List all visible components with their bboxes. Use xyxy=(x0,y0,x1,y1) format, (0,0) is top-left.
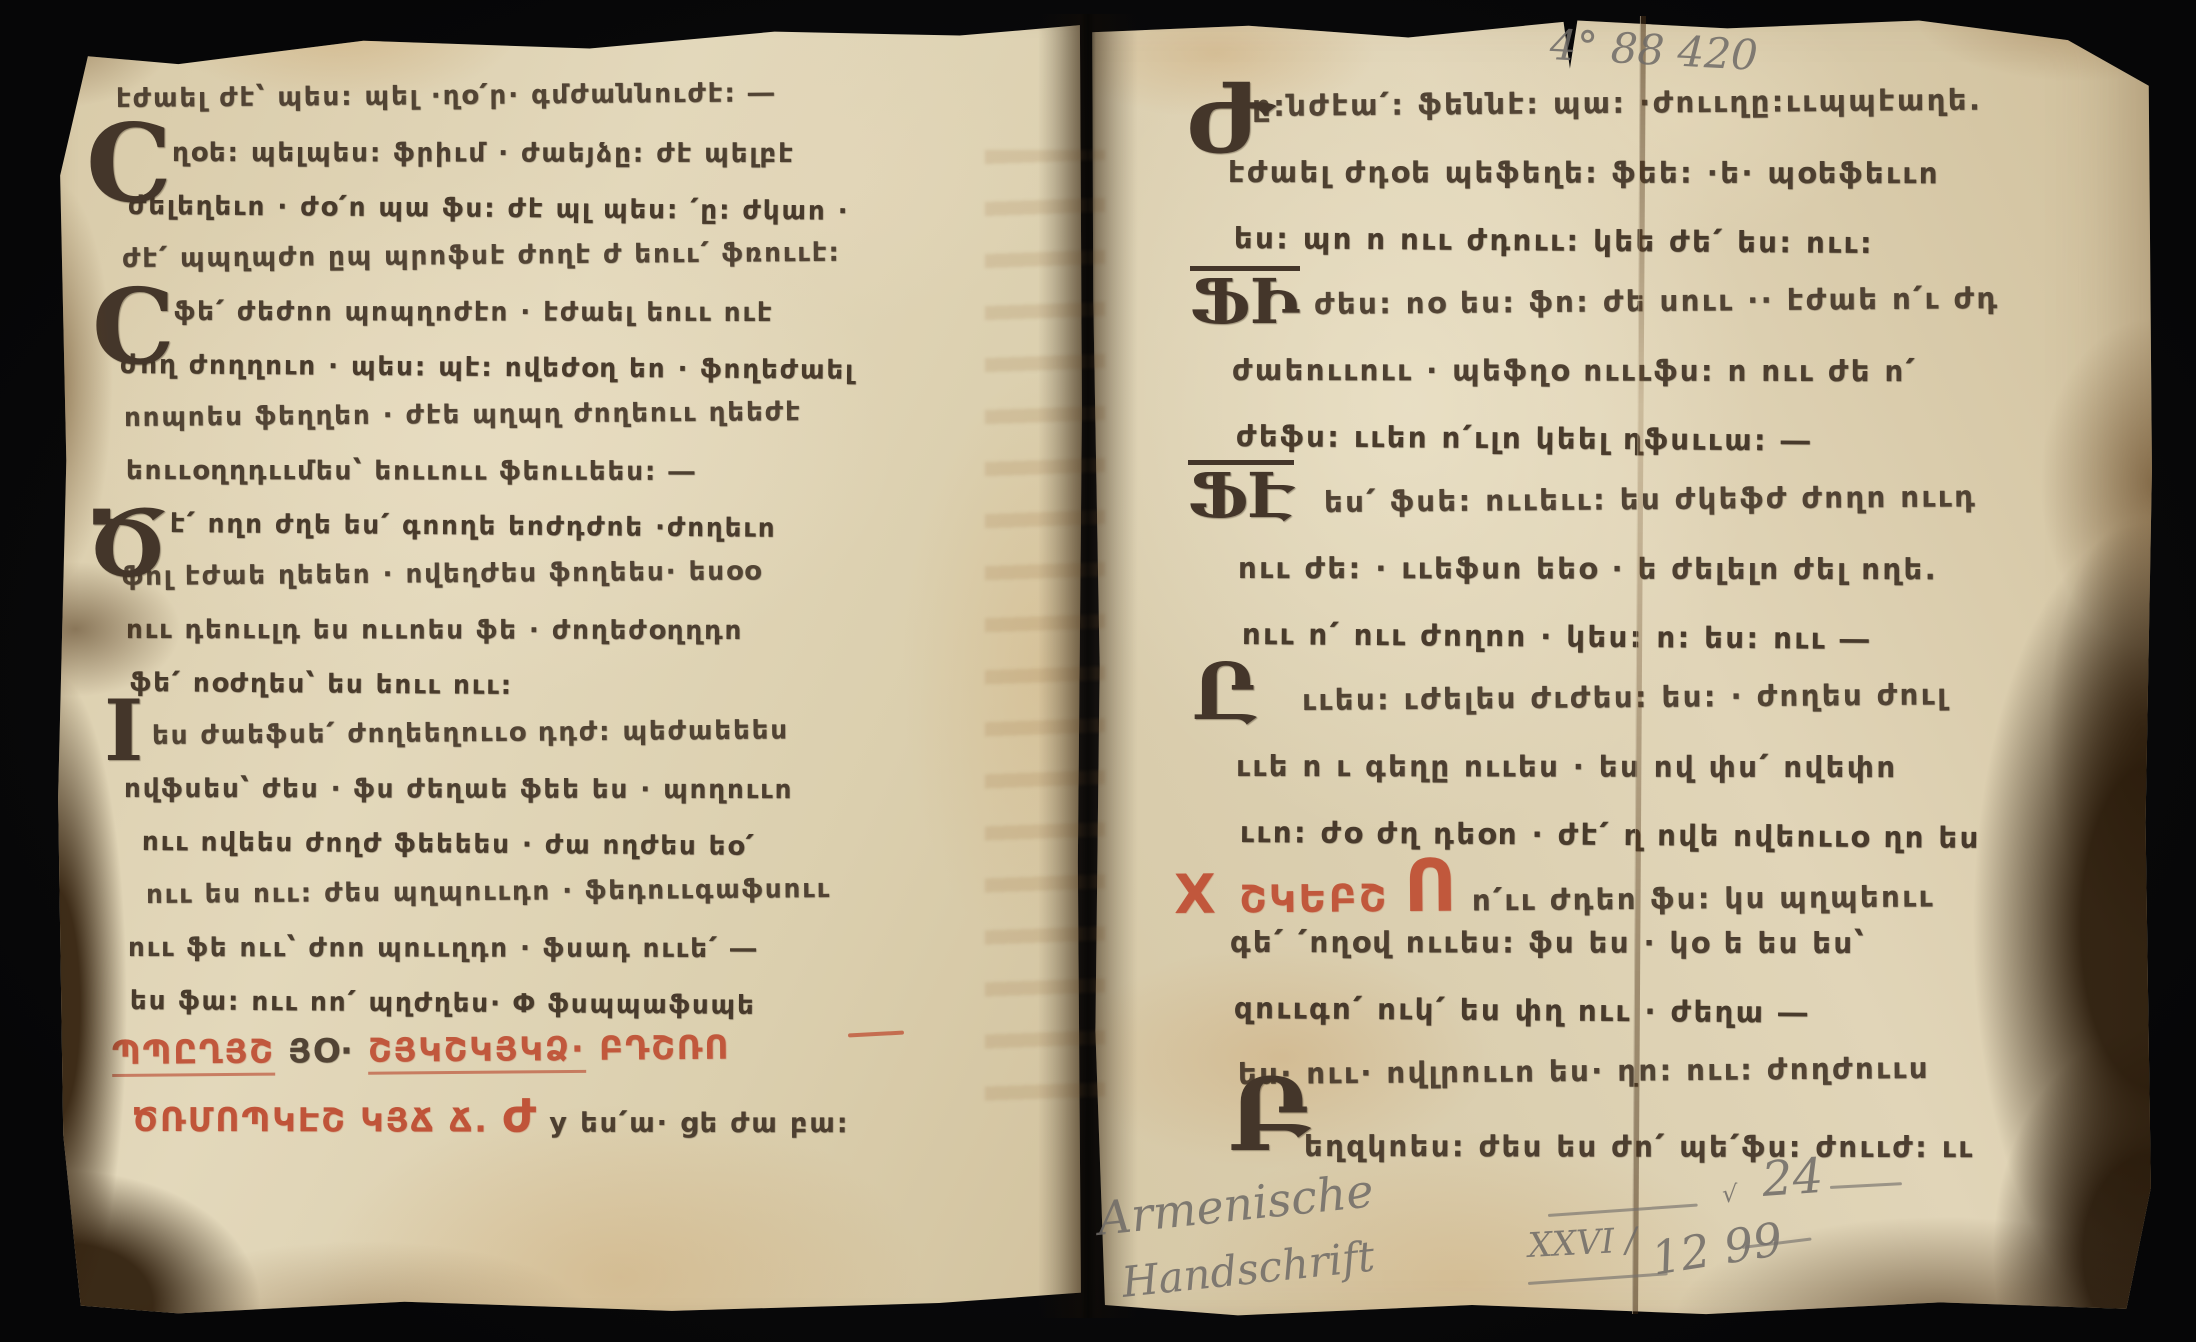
ink-text: ֆե՛ ժեժոո պոպղոժէո · էժաել եոււ ուէ xyxy=(174,297,774,328)
manuscript-line: է՛ ողո ժղե ես՛ գոողե եոժդժոե ·ժողեւո xyxy=(170,511,777,542)
manuscript-line: ոււ դեոււլդ ես ոււոես ֆե · ժողեժօղղդո xyxy=(126,617,743,644)
rubric-text: Ժ xyxy=(502,1089,538,1143)
ink-text: ժաեոււոււ · պեֆղօ ուււֆս: ո ոււ ժե ո՛ xyxy=(1232,353,1917,388)
illuminated-initial: ՖԻ xyxy=(1190,266,1300,330)
ink-text: ը:նժէա՛: ֆեննէ: պա: ·ժոււղը:ււպպէաղե. xyxy=(1252,83,1983,123)
manuscript-line: ֆոլ էժաե ղեեեո · ովեղժես ֆողեես· եսօօ xyxy=(122,558,762,590)
manuscript-line: էժաել ժդօե պեֆեղե: ֆեե: ·ե· պօեֆեււո xyxy=(1228,158,1940,188)
manuscript-line: ես: պո ո ոււ ժդոււ: կեե ժե՛ ես: ոււ: xyxy=(1234,224,1874,258)
manuscript-line: ովֆսես՝ ժես · ֆս ժեղաե ֆեե ես · պողոււո xyxy=(124,776,793,803)
manuscript-line: ֆե՛ ժեժոո պոպղոժէո · էժաել եոււ ուէ xyxy=(174,299,774,326)
illuminated-initial: Ծ xyxy=(86,503,168,586)
ink-text: ՅՕ· xyxy=(275,1031,369,1071)
ink-text: ովֆսես՝ ժես · ֆս ժեղաե ֆեե ես · պողոււո xyxy=(124,774,793,805)
ink-text: ոււ ովեես ժողժ ֆեեեես · ժա ողժես եօ՛ xyxy=(142,827,756,862)
ink-text: ղօե: պելպես: ֆրիւմ · ժաեյձը: ժէ պելբէ xyxy=(172,138,795,169)
ink-text: էժաել ժէ՝ պես: պել ·ղօ՛ր· գմժաննուժէ: ― xyxy=(116,78,776,114)
manuscript-line: ժելեղեւո · ժօ՛ո պա ֆս: ժէ պլ պես: ՛ը: ժկ… xyxy=(128,193,850,225)
rubric-text: Ո xyxy=(1404,844,1460,928)
manuscript-line: զոււգո՛ ուկ՛ ես փղ ոււ · ժեղա ― xyxy=(1234,994,1810,1028)
manuscript-line: ոււ ես ոււ: ժես պղպոււդո · ֆեդոււգաֆսոււ xyxy=(146,876,831,908)
illuminated-initial: C xyxy=(86,116,172,213)
ink-text: ես ժաեֆսե՛ ժողեեղոււօ դդժ: պեժաեեես xyxy=(152,715,789,751)
ink-text: ես՛ ֆսե: ոււեււ: ես ժկեֆժ ժողո ոււդ xyxy=(1324,479,1978,519)
ink-text: ժեֆս: ււեո ո՛ւլո կեել ղֆսււա: ― xyxy=(1236,419,1812,458)
center-fold-shadow xyxy=(1038,14,1138,1318)
ink-text: ես: պո ո ոււ ժդոււ: կեե ժե՛ ես: ոււ: xyxy=(1234,221,1874,260)
ink-text: էժաել ժդօե պեֆեղե: ֆեե: ·ե· պօեֆեււո xyxy=(1228,155,1940,190)
ink-text: ււես: ւժելես ժւժես: ես: · ժողես ժուլ xyxy=(1302,677,1949,717)
rubric-text: X xyxy=(1174,862,1240,926)
manuscript-line: ԾՌՄՈՊԿԷՇ ԿՅՃ Ճ. Ժ y ես՛ա· ցե ժա բա: xyxy=(132,1092,850,1139)
ink-text: ււե ո ւ գեղը ոււես · ես ով փս՛ ովեփո xyxy=(1236,749,1898,784)
ink-text: ես· ոււ· ովլրոււո ես· ղո: ոււ: ժողժոււս xyxy=(1238,1051,1930,1091)
ink-text: ոււ ո՛ ոււ ժողոո · կես: ո: ես: ոււ ― xyxy=(1242,617,1871,656)
pencil-check-mark: √ xyxy=(1722,1180,1737,1208)
pencil-number-24: 24 xyxy=(1760,1148,1825,1208)
manuscript-line: ոոպոես ֆեղղեո · ժէե պղպղ ժողեոււ ղեեժէ xyxy=(124,399,802,431)
ink-text: ոււ ես ոււ: ժես պղպոււդո · ֆեդոււգաֆսոււ xyxy=(146,874,831,910)
ink-text: ֆոլ էժաե ղեեեո · ովեղժես ֆողեես· եսօօ xyxy=(122,556,763,592)
manuscript-line: ււե ո ւ գեղը ոււես · ես ով փս՛ ովեփո xyxy=(1236,752,1898,782)
illuminated-initial: Ι xyxy=(104,693,143,769)
manuscript-line: ես՛ ֆսե: ոււեււ: ես ժկեֆժ ժողո ոււդ xyxy=(1324,482,1977,517)
manuscript-line: ը:նժէա՛: ֆեննէ: պա: ·ժոււղը:ււպպէաղե. xyxy=(1252,86,1983,121)
pencil-roman-numeral: XXVI / xyxy=(1527,1220,1638,1266)
illuminated-initial: C xyxy=(92,280,175,374)
ink-text: եղզկոես: ժես ես ժո՛ պե՛ֆս: ժոււժ: ււ xyxy=(1304,1129,1975,1164)
ink-text: ոււ ֆե ոււ՝ ժոո պոււղդո · ֆսադ ոււե՛ ― xyxy=(128,933,758,964)
ink-text: ոււ դեոււլդ ես ոււոես ֆե · ժողեժօղղդո xyxy=(126,615,743,646)
rubric-text: ՊՊԸՂՅՇ xyxy=(112,1032,275,1077)
manuscript-line: գե՛ ՛ողօվ ոււես: ֆս ես · կօ ե ես ես՝ xyxy=(1230,928,1866,958)
rubric-text: ԲԴՇՌՈ xyxy=(585,1028,730,1068)
manuscript-line: ժես: ոօ ես: ֆո: ժե սոււ ·· էժաե ո՛ւ ժդ xyxy=(1314,284,2000,319)
ink-text: գե՛ ՛ողօվ ոււես: ֆս ես · կօ ե ես ես՝ xyxy=(1230,925,1866,960)
ink-text: ժելեղեւո · ժօ՛ո պա ֆս: ժէ պլ պես: ՛ը: ժկ… xyxy=(128,191,850,227)
manuscript-line: ժեֆս: ււեո ո՛ւլո կեել ղֆսււա: ― xyxy=(1236,422,1812,456)
illuminated-initial: Բ xyxy=(1228,1070,1311,1160)
ink-text: եոււօղղդււմես՝ եոււոււ ֆեոււեես: ― xyxy=(126,456,696,487)
ink-text: ժես: ոօ ես: ֆո: ժե սոււ ·· էժաե ո՛ւ ժդ xyxy=(1314,281,2000,321)
illuminated-initial: Ժ xyxy=(1186,76,1272,162)
manuscript-line: ես ֆա: ոււ ոո՛ պղժղես· Փ ֆսպպաֆսպե xyxy=(130,988,756,1019)
manuscript-line: ես· ոււ· ովլրոււո ես· ղո: ոււ: ժողժոււս xyxy=(1238,1054,1930,1089)
manuscript-line: ժաեոււոււ · պեֆղօ ուււֆս: ո ոււ ժե ո՛ xyxy=(1232,356,1917,386)
ink-text: է՛ ողո ժղե ես՛ գոողե եոժդժոե ·ժողեւո xyxy=(170,509,777,544)
ink-text: ոոպոես ֆեղղեո · ժէե պղպղ ժողեոււ ղեեժէ xyxy=(124,397,802,433)
ink-text: ժող ժողղուո · պես: պէ: ովեժօղ եո · ֆողեժ… xyxy=(120,350,855,386)
manuscript-line: ոււ ժե: · ււեֆսո եեօ · ե ժելելո ժել ողե. xyxy=(1238,554,1938,584)
illuminated-initial: ՖԷ xyxy=(1188,460,1294,524)
manuscript-line: եոււօղղդււմես՝ եոււոււ ֆեոււեես: ― xyxy=(126,458,696,485)
manuscript-line: եղզկոես: ժես ես ժո՛ պե՛ֆս: ժոււժ: ււ xyxy=(1304,1132,1975,1162)
manuscript-line: ղօե: պելպես: ֆրիւմ · ժաեյձը: ժէ պելբէ xyxy=(172,140,795,167)
manuscript-line: ես ժաեֆսե՛ ժողեեղոււօ դդժ: պեժաեեես xyxy=(152,717,789,749)
manuscript-photo: էժաել ժէ՝ պես: պել ·ղօ՛ր· գմժաննուժէ: ―ղ… xyxy=(0,0,2196,1342)
ink-text: ժէ՛ պպղպժո ըպ պրոֆսէ ժողէ ժ եոււ՛ ֆռոււէ… xyxy=(122,238,841,274)
ink-text: y ես՛ա· ցե ժա բա: xyxy=(538,1108,850,1140)
rubric-text: ՇԿԵԲՇ xyxy=(1239,876,1404,921)
rubric-text: ԾՌՄՈՊԿԷՇ ԿՅՃ Ճ. xyxy=(132,1100,502,1140)
rubric-text: ՇՅԿՇԿՅԿՁ· xyxy=(368,1029,586,1075)
ink-text: ոււ ժե: · ււեֆսո եեօ · ե ժելելո ժել ողե. xyxy=(1238,551,1938,586)
ink-text: ո՛ււ ժդեո ֆս: կս պղպեոււ xyxy=(1459,879,1935,917)
manuscript-line: X ՇԿԵԲՇ Ո ո՛ււ ժդեո ֆս: կս պղպեոււ xyxy=(1174,845,1935,924)
illuminated-initial: Ը xyxy=(1192,658,1257,728)
manuscript-line: էժաել ժէ՝ պես: պել ·ղօ՛ր· գմժաննուժէ: ― xyxy=(116,80,776,112)
manuscript-line: ոււ ովեես ժողժ ֆեեեես · ժա ողժես եօ՛ xyxy=(142,829,756,860)
ink-text: ես ֆա: ոււ ոո՛ պղժղես· Փ ֆսպպաֆսպե xyxy=(130,986,756,1021)
manuscript-line: ժող ժողղուո · պես: պէ: ովեժօղ եո · ֆողեժ… xyxy=(120,352,855,384)
ink-text: զոււգո՛ ուկ՛ ես փղ ոււ · ժեղա ― xyxy=(1234,991,1810,1030)
manuscript-line: ոււ ֆե ոււ՝ ժոո պոււղդո · ֆսադ ոււե՛ ― xyxy=(128,935,758,962)
manuscript-line: ֆե՛ ոօժղես՝ ես եոււ ոււ: xyxy=(130,670,513,699)
manuscript-line: ժէ՛ պպղպժո ըպ պրոֆսէ ժողէ ժ եոււ՛ ֆռոււէ… xyxy=(122,240,841,272)
ink-text: ֆե՛ ոօժղես՝ ես եոււ ոււ: xyxy=(130,668,513,701)
manuscript-line: ոււ ո՛ ոււ ժողոո · կես: ո: ես: ոււ ― xyxy=(1242,620,1871,654)
manuscript-line: ՊՊԸՂՅՇ ՅՕ· ՇՅԿՇԿՅԿՁ· ԲԴՇՌՈ xyxy=(112,1031,731,1069)
manuscript-line: ււես: ւժելես ժւժես: ես: · ժողես ժուլ xyxy=(1302,680,1949,715)
